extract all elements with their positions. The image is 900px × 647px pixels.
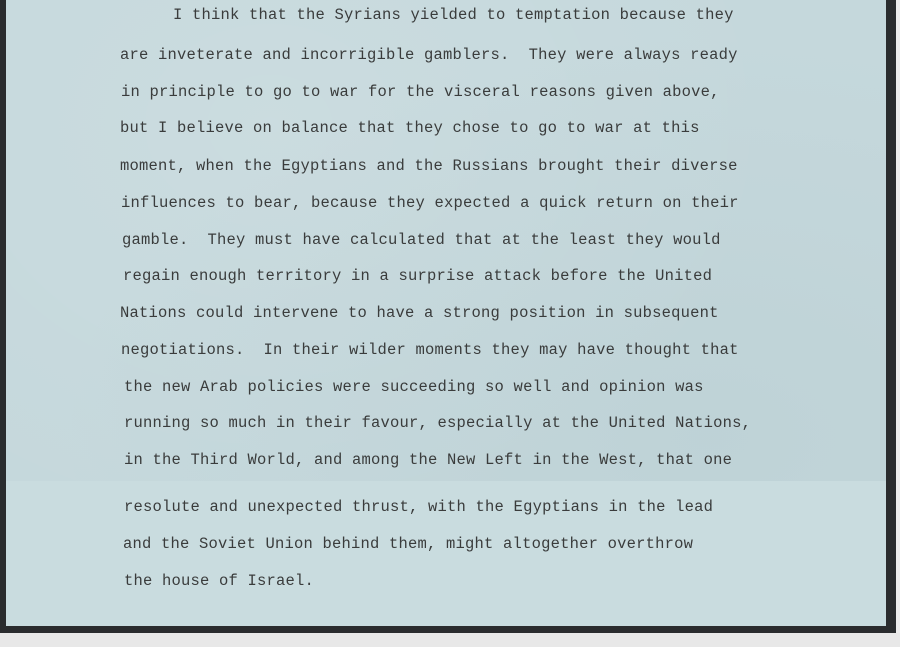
viewer-margin-right (896, 0, 900, 647)
text-line: the house of Israel. (124, 572, 314, 590)
typewritten-text-lower: resolute and unexpected thrust, with the… (6, 0, 886, 626)
viewer-bottom-strip (0, 633, 900, 647)
text-line: and the Soviet Union behind them, might … (123, 535, 693, 553)
paper-lower-section: resolute and unexpected thrust, with the… (6, 481, 886, 626)
document-viewer: I think that the Syrians yielded to temp… (0, 0, 900, 647)
text-line: resolute and unexpected thrust, with the… (124, 498, 713, 516)
